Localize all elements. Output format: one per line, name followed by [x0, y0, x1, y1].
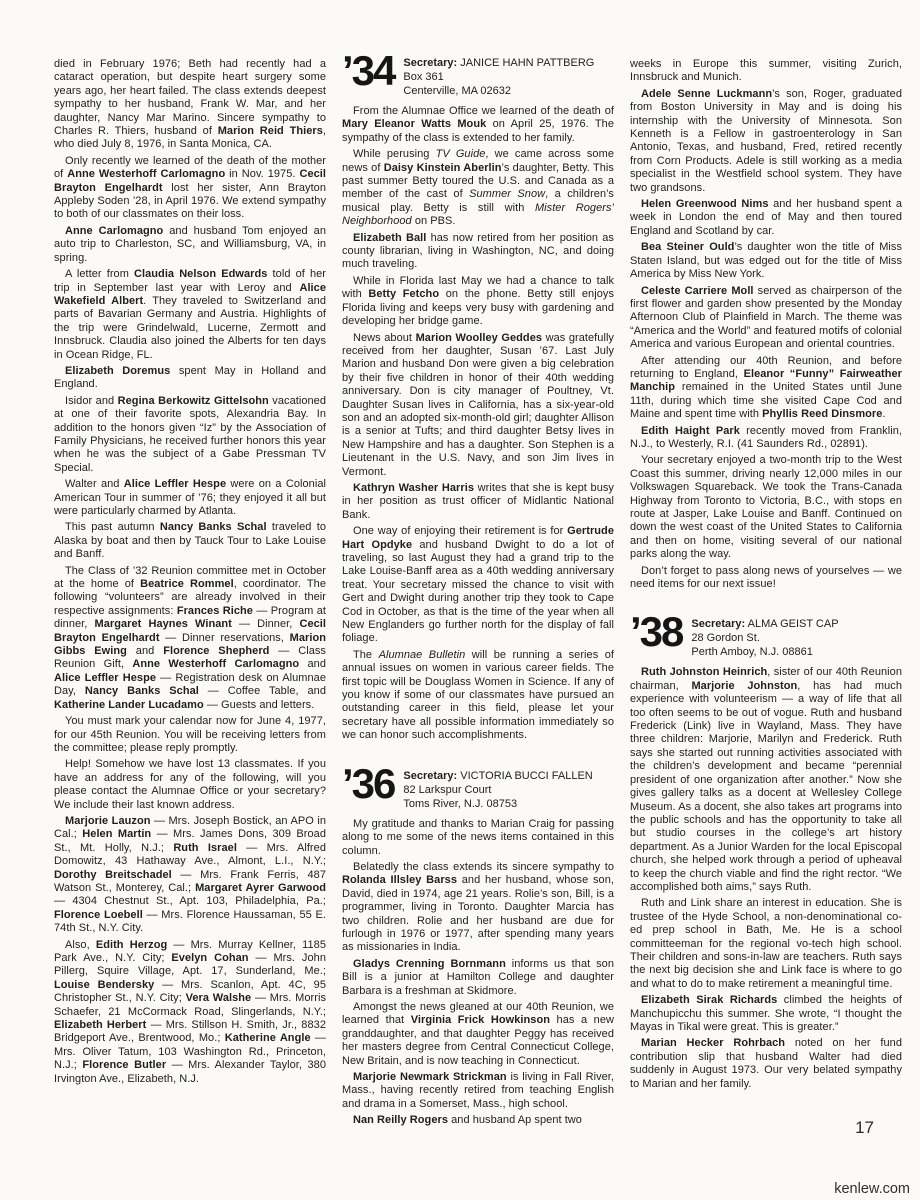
- paragraph: A letter from Claudia Nelson Edwards tol…: [54, 268, 326, 362]
- bold-name: Anne Westerhoff Carlomagno: [67, 168, 225, 180]
- bold-name: Katherine Lander Lucadamo: [54, 699, 204, 711]
- paragraph: The Class of ’32 Reunion committee met i…: [54, 565, 326, 712]
- secretary-address-line: Box 361: [403, 70, 594, 84]
- class-year: ’38: [630, 613, 682, 651]
- paragraph: Marjorie Newmark Strickman is living in …: [342, 1071, 614, 1111]
- paragraph: Anne Carlomagno and husband Tom enjoyed …: [54, 225, 326, 265]
- bold-name: Helen Greenwood Nims: [641, 198, 768, 210]
- paragraph: News about Marion Woolley Geddes was gra…: [342, 332, 614, 479]
- paragraph: Elizabeth Doremus spent May in Holland a…: [54, 365, 326, 392]
- secretary-label: Secretary:: [691, 618, 745, 630]
- bold-name: Celeste Carriere Moll: [641, 285, 754, 297]
- paragraph: Adele Senne Luckmann’s son, Roger, gradu…: [630, 88, 902, 195]
- bold-name: Marion Reid Thiers: [218, 125, 323, 137]
- bold-name: Nan Reilly Rogers: [353, 1114, 448, 1126]
- bold-name: Katherine Angle: [225, 1032, 311, 1044]
- column-2: ’34Secretary: JANICE HAHN PATTBERGBox 36…: [342, 58, 614, 1200]
- class-year-heading: ’38Secretary: ALMA GEIST CAP28 Gordon St…: [630, 613, 902, 659]
- paragraph: Nan Reilly Rogers and husband Ap spent t…: [342, 1114, 614, 1127]
- bold-name: Bea Steiner Ould: [641, 241, 734, 253]
- paragraph: Your secretary enjoyed a two-month trip …: [630, 454, 902, 561]
- bold-name: Anne Carlomagno: [65, 225, 163, 237]
- class-year-heading: ’36Secretary: VICTORIA BUCCI FALLEN82 La…: [342, 765, 614, 811]
- bold-name: Regina Berkowitz Gittelsohn: [118, 395, 269, 407]
- paragraph: Elizabeth Sirak Richards climbed the hei…: [630, 994, 902, 1034]
- secretary-name: ALMA GEIST CAP: [745, 618, 838, 630]
- paragraph: While in Florida last May we had a chanc…: [342, 275, 614, 329]
- secretary-line: Secretary: JANICE HAHN PATTBERG: [403, 56, 594, 70]
- bold-name: Gladys Crenning Bornmann: [353, 958, 506, 970]
- italic-title: Summer Snow: [469, 188, 545, 200]
- bold-name: Anne Westerhoff Carlomagno: [132, 658, 299, 670]
- paragraph: Only recently we learned of the death of…: [54, 155, 326, 222]
- bold-name: Marjorie Newmark Strickman: [353, 1071, 507, 1083]
- bold-name: Elizabeth Herbert: [54, 1019, 146, 1031]
- paragraph: Marian Hecker Rohrbach noted on her fund…: [630, 1037, 902, 1091]
- bold-name: Florence Butler: [82, 1059, 166, 1071]
- secretary-address-line: 28 Gordon St.: [691, 631, 838, 645]
- class-year: ’36: [342, 765, 394, 803]
- secretary-label: Secretary:: [403, 57, 457, 69]
- bold-name: Virginia Frick Howkinson: [411, 1014, 550, 1026]
- italic-title: TV Guide: [436, 148, 486, 160]
- class-year-heading: ’34Secretary: JANICE HAHN PATTBERGBox 36…: [342, 52, 614, 98]
- bold-name: Marjorie Johnston: [691, 680, 797, 692]
- italic-title: Mister Rogers’ Neighborhood: [342, 202, 614, 227]
- paragraph: You must mark your calendar now for June…: [54, 715, 326, 755]
- class-year: ’34: [342, 52, 394, 90]
- paragraph: Also, Edith Herzog — Mrs. Murray Kellner…: [54, 939, 326, 1086]
- secretary-address-line: Centerville, MA 02632: [403, 84, 594, 98]
- bold-name: Nancy Banks Schal: [160, 521, 267, 533]
- secretary-address-line: 82 Larkspur Court: [403, 783, 592, 797]
- secretary-block: Secretary: ALMA GEIST CAP28 Gordon St.Pe…: [691, 613, 838, 659]
- secretary-block: Secretary: VICTORIA BUCCI FALLEN82 Larks…: [403, 765, 592, 811]
- paragraph: weeks in Europe this summer, visiting Zu…: [630, 58, 902, 85]
- paragraph: After attending our 40th Reunion, and be…: [630, 355, 902, 422]
- paragraph: One way of enjoying their retirement is …: [342, 525, 614, 646]
- magazine-page: died in February 1976; Beth had recently…: [0, 0, 920, 1200]
- italic-title: Alumnae Bulletin: [379, 649, 466, 661]
- bold-name: Frances Riche: [177, 605, 253, 617]
- bold-name: Claudia Nelson Edwards: [134, 268, 267, 280]
- paragraph: Amongst the news gleaned at our 40th Reu…: [342, 1001, 614, 1068]
- paragraph: Bea Steiner Ould’s daughter won the titl…: [630, 241, 902, 281]
- bold-name: Beatrice Rommel: [140, 578, 234, 590]
- bold-name: Edith Haight Park: [641, 425, 740, 437]
- bold-name: Margaret Ayrer Garwood: [195, 882, 326, 894]
- bold-name: Phyllis Reed Dinsmore: [762, 408, 882, 420]
- watermark-text: kenlew.com: [834, 1181, 910, 1197]
- paragraph: Ruth Johnston Heinrich, sister of our 40…: [630, 666, 902, 894]
- paragraph: Helen Greenwood Nims and her husband spe…: [630, 198, 902, 238]
- paragraph: While perusing TV Guide, we came across …: [342, 148, 614, 228]
- bold-name: Florence Loebell: [54, 909, 143, 921]
- secretary-label: Secretary:: [403, 770, 457, 782]
- bold-name: Margaret Haynes Winant: [95, 618, 232, 630]
- paragraph: The Alumnae Bulletin will be running a s…: [342, 649, 614, 743]
- paragraph: Ruth and Link share an interest in educa…: [630, 897, 902, 991]
- bold-name: Rolanda Illsley Barss: [342, 874, 457, 886]
- paragraph: Help! Somehow we have lost 13 classmates…: [54, 758, 326, 812]
- paragraph: Walter and Alice Leffler Hespe were on a…: [54, 478, 326, 518]
- bold-name: Alice Leffler Hespe: [124, 478, 226, 490]
- bold-name: Elizabeth Sirak Richards: [641, 994, 777, 1006]
- bold-name: Eleanor “Funny” Fairweather Manchip: [630, 368, 902, 393]
- paragraph: Gladys Crenning Bornmann informs us that…: [342, 958, 614, 998]
- secretary-line: Secretary: VICTORIA BUCCI FALLEN: [403, 769, 592, 783]
- bold-name: Daisy Kinstein Aberlin: [384, 162, 502, 174]
- bold-name: Marjorie Lauzon: [65, 815, 150, 827]
- bold-name: Ruth Johnston Heinrich: [641, 666, 767, 678]
- bold-name: Marian Hecker Rohrbach: [641, 1037, 785, 1049]
- bold-name: Kathryn Washer Harris: [353, 482, 474, 494]
- bold-name: Betty Fetcho: [368, 288, 439, 300]
- bold-name: Adele Senne Luckmann: [641, 88, 772, 100]
- bold-name: Dorothy Breitschadel: [54, 869, 172, 881]
- bold-name: Evelyn Cohan: [171, 952, 248, 964]
- paragraph: My gratitude and thanks to Marian Craig …: [342, 818, 614, 858]
- bold-name: Elizabeth Doremus: [65, 365, 170, 377]
- bold-name: Florence Shepherd: [163, 645, 269, 657]
- secretary-line: Secretary: ALMA GEIST CAP: [691, 617, 838, 631]
- paragraph: This past autumn Nancy Banks Schal trave…: [54, 521, 326, 561]
- secretary-block: Secretary: JANICE HAHN PATTBERGBox 361Ce…: [403, 52, 594, 98]
- paragraph: Isidor and Regina Berkowitz Gittelsohn v…: [54, 395, 326, 475]
- column-1: died in February 1976; Beth had recently…: [54, 58, 326, 1200]
- paragraph: Marjorie Lauzon — Mrs. Joseph Bostick, a…: [54, 815, 326, 936]
- bold-name: Helen Martin: [82, 828, 151, 840]
- paragraph: Kathryn Washer Harris writes that she is…: [342, 482, 614, 522]
- page-number: 17: [855, 1118, 874, 1138]
- paragraph: Don’t forget to pass along news of yours…: [630, 565, 902, 592]
- paragraph: From the Alumnae Office we learned of th…: [342, 105, 614, 145]
- paragraph: Elizabeth Ball has now retired from her …: [342, 232, 614, 272]
- bold-name: Elizabeth Ball: [353, 232, 426, 244]
- bold-name: Vera Walshe: [186, 992, 252, 1004]
- secretary-address-line: Toms River, N.J. 08753: [403, 797, 592, 811]
- column-3: weeks in Europe this summer, visiting Zu…: [630, 58, 902, 1200]
- bold-name: Alice Leffler Hespe: [54, 672, 156, 684]
- bold-name: Gertrude Hart Opdyke: [342, 525, 614, 550]
- paragraph: Belatedly the class extends its sincere …: [342, 861, 614, 955]
- bold-name: Louise Bendersky: [54, 979, 154, 991]
- secretary-name: VICTORIA BUCCI FALLEN: [457, 770, 593, 782]
- paragraph: Edith Haight Park recently moved from Fr…: [630, 425, 902, 452]
- bold-name: Alice Wakefield Albert: [54, 282, 326, 307]
- bold-name: Nancy Banks Schal: [85, 685, 199, 697]
- paragraph: died in February 1976; Beth had recently…: [54, 58, 326, 152]
- secretary-address-line: Perth Amboy, N.J. 08861: [691, 645, 838, 659]
- paragraph: Celeste Carriere Moll served as chairper…: [630, 285, 902, 352]
- bold-name: Ruth Israel: [173, 842, 237, 854]
- secretary-name: JANICE HAHN PATTBERG: [457, 57, 594, 69]
- bold-name: Marion Woolley Geddes: [416, 332, 542, 344]
- bold-name: Mary Eleanor Watts Mouk: [342, 118, 486, 130]
- bold-name: Edith Herzog: [96, 939, 167, 951]
